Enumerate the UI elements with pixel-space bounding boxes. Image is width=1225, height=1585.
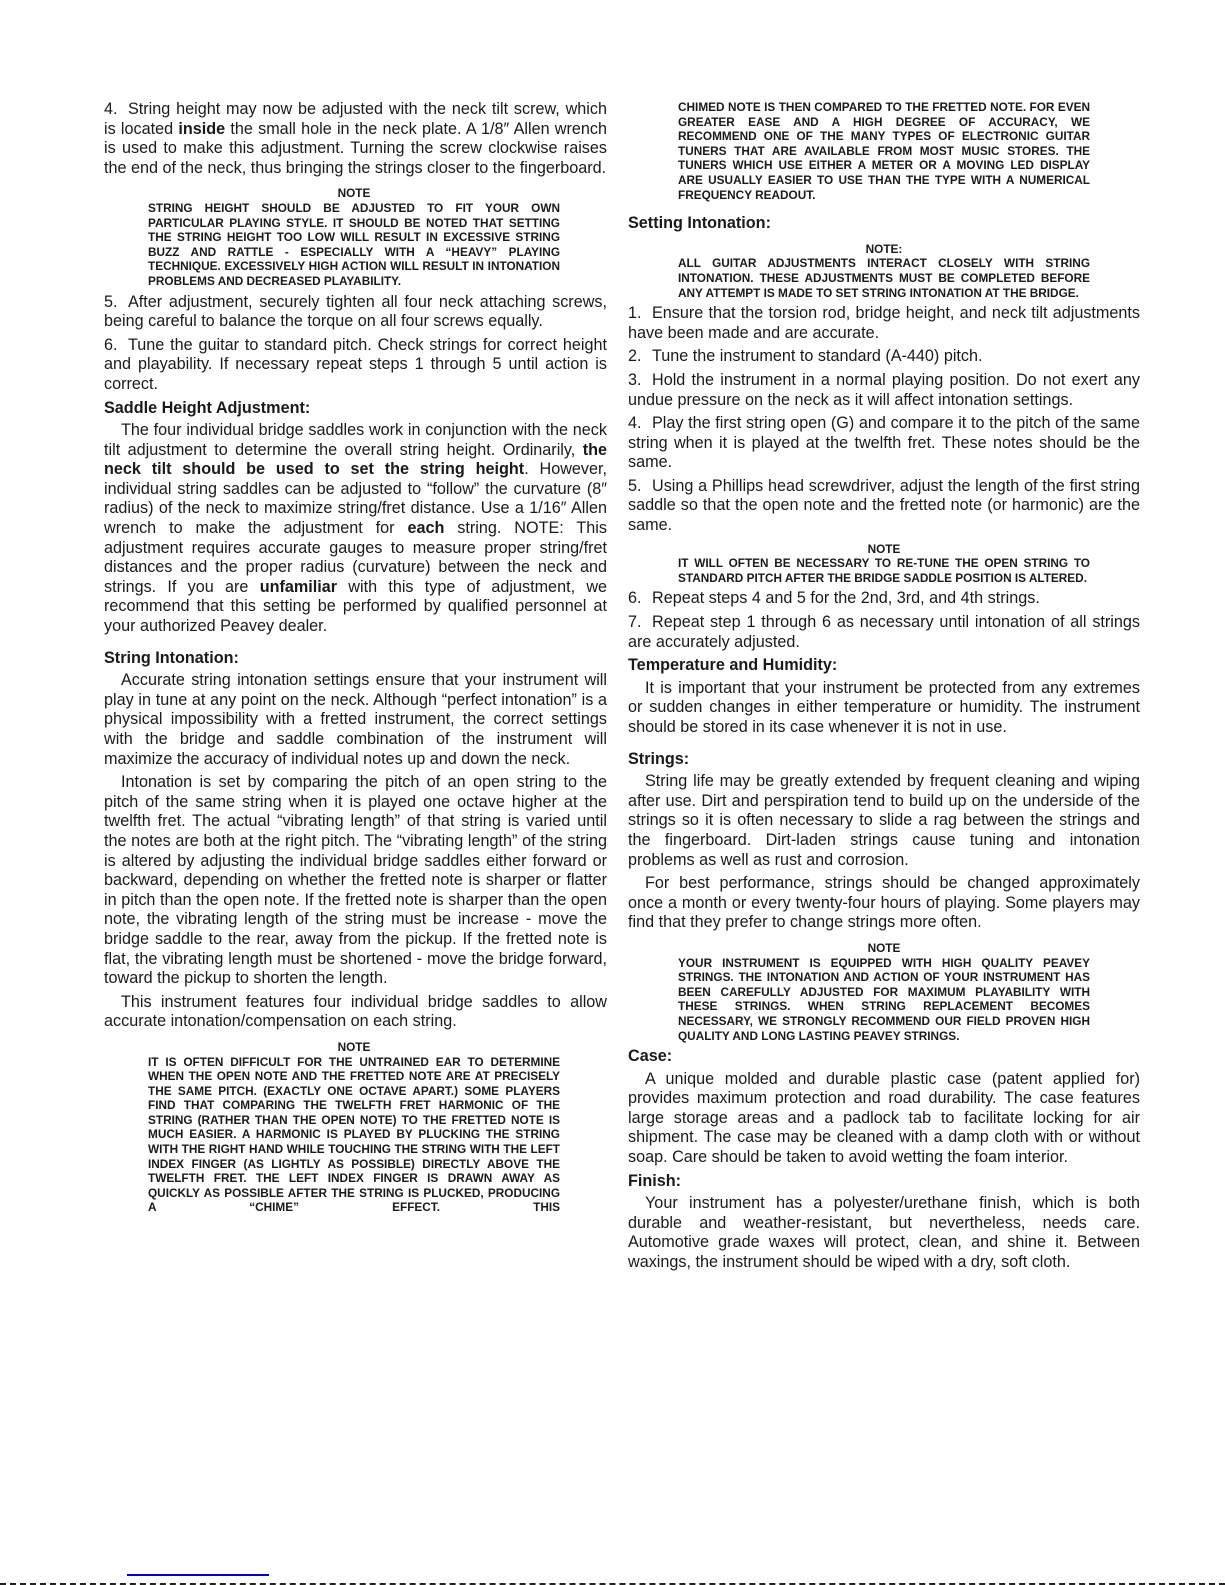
note-peavey-strings: NOTE YOUR INSTRUMENT IS EQUIPPED WITH HI…: [678, 941, 1090, 1043]
note-title: NOTE: [148, 186, 560, 201]
note-body: CHIMED NOTE IS THEN COMPARED TO THE FRET…: [678, 100, 1090, 202]
note-untrained-ear: NOTE IT IS OFTEN DIFFICULT FOR THE UNTRA…: [148, 1040, 560, 1215]
note-retune: NOTE IT WILL OFTEN BE NECESSARY TO RE-TU…: [678, 542, 1090, 586]
left-column: 4.String height may now be adjusted with…: [104, 100, 607, 1219]
setting-step-2: 2.Tune the instrument to standard (A-440…: [628, 347, 1140, 367]
section-heading-strings: Strings:: [628, 750, 1140, 770]
strings-paragraph-1: String life may be greatly extended by f…: [628, 772, 1140, 870]
note-adjustments-interact: NOTE: ALL GUITAR ADJUSTMENTS INTERACT CL…: [678, 242, 1090, 300]
link-underline[interactable]: [127, 1574, 269, 1576]
step-5-paragraph: 5.After adjustment, securely tighten all…: [104, 293, 607, 332]
note-continued: CHIMED NOTE IS THEN COMPARED TO THE FRET…: [678, 100, 1090, 202]
saddle-paragraph: The four individual bridge saddles work …: [104, 421, 607, 637]
note-body: IT WILL OFTEN BE NECESSARY TO RE-TUNE TH…: [678, 556, 1090, 585]
intonation-paragraph-3: This instrument features four individual…: [104, 993, 607, 1032]
note-title: NOTE: [148, 1040, 560, 1055]
setting-step-1: 1.Ensure that the torsion rod, bridge he…: [628, 304, 1140, 343]
temperature-paragraph: It is important that your instrument be …: [628, 679, 1140, 738]
section-heading-string-intonation: String Intonation:: [104, 649, 607, 669]
setting-step-5: 5.Using a Phillips head screwdriver, adj…: [628, 477, 1140, 536]
step-6-paragraph: 6.Tune the guitar to standard pitch. Che…: [104, 336, 607, 395]
case-paragraph: A unique molded and durable plastic case…: [628, 1070, 1140, 1168]
setting-step-6: 6.Repeat steps 4 and 5 for the 2nd, 3rd,…: [628, 589, 1140, 609]
strings-paragraph-2: For best performance, strings should be …: [628, 874, 1140, 933]
note-title: NOTE:: [678, 242, 1090, 257]
right-column: CHIMED NOTE IS THEN COMPARED TO THE FRET…: [628, 100, 1140, 1277]
note-body: YOUR INSTRUMENT IS EQUIPPED WITH HIGH QU…: [678, 956, 1090, 1044]
section-heading-case: Case:: [628, 1047, 1140, 1067]
setting-step-4: 4.Play the first string open (G) and com…: [628, 414, 1140, 473]
section-heading-saddle-height: Saddle Height Adjustment:: [104, 399, 607, 419]
note-title: NOTE: [678, 542, 1090, 557]
section-heading-setting-intonation: Setting Intonation:: [628, 214, 1140, 234]
note-title: NOTE: [678, 941, 1090, 956]
note-string-height: NOTE STRING HEIGHT SHOULD BE ADJUSTED TO…: [148, 186, 560, 288]
note-body: IT IS OFTEN DIFFICULT FOR THE UNTRAINED …: [148, 1055, 560, 1216]
section-heading-finish: Finish:: [628, 1172, 1140, 1192]
intonation-paragraph-1: Accurate string intonation settings ensu…: [104, 671, 607, 769]
finish-paragraph: Your instrument has a polyester/urethane…: [628, 1194, 1140, 1272]
intonation-paragraph-2: Intonation is set by comparing the pitch…: [104, 773, 607, 989]
step-4-paragraph: 4.String height may now be adjusted with…: [104, 100, 607, 178]
setting-step-3: 3.Hold the instrument in a normal playin…: [628, 371, 1140, 410]
setting-step-7: 7.Repeat step 1 through 6 as necessary u…: [628, 613, 1140, 652]
section-heading-temperature-humidity: Temperature and Humidity:: [628, 656, 1140, 676]
note-body: ALL GUITAR ADJUSTMENTS INTERACT CLOSELY …: [678, 256, 1090, 300]
note-body: STRING HEIGHT SHOULD BE ADJUSTED TO FIT …: [148, 201, 560, 289]
